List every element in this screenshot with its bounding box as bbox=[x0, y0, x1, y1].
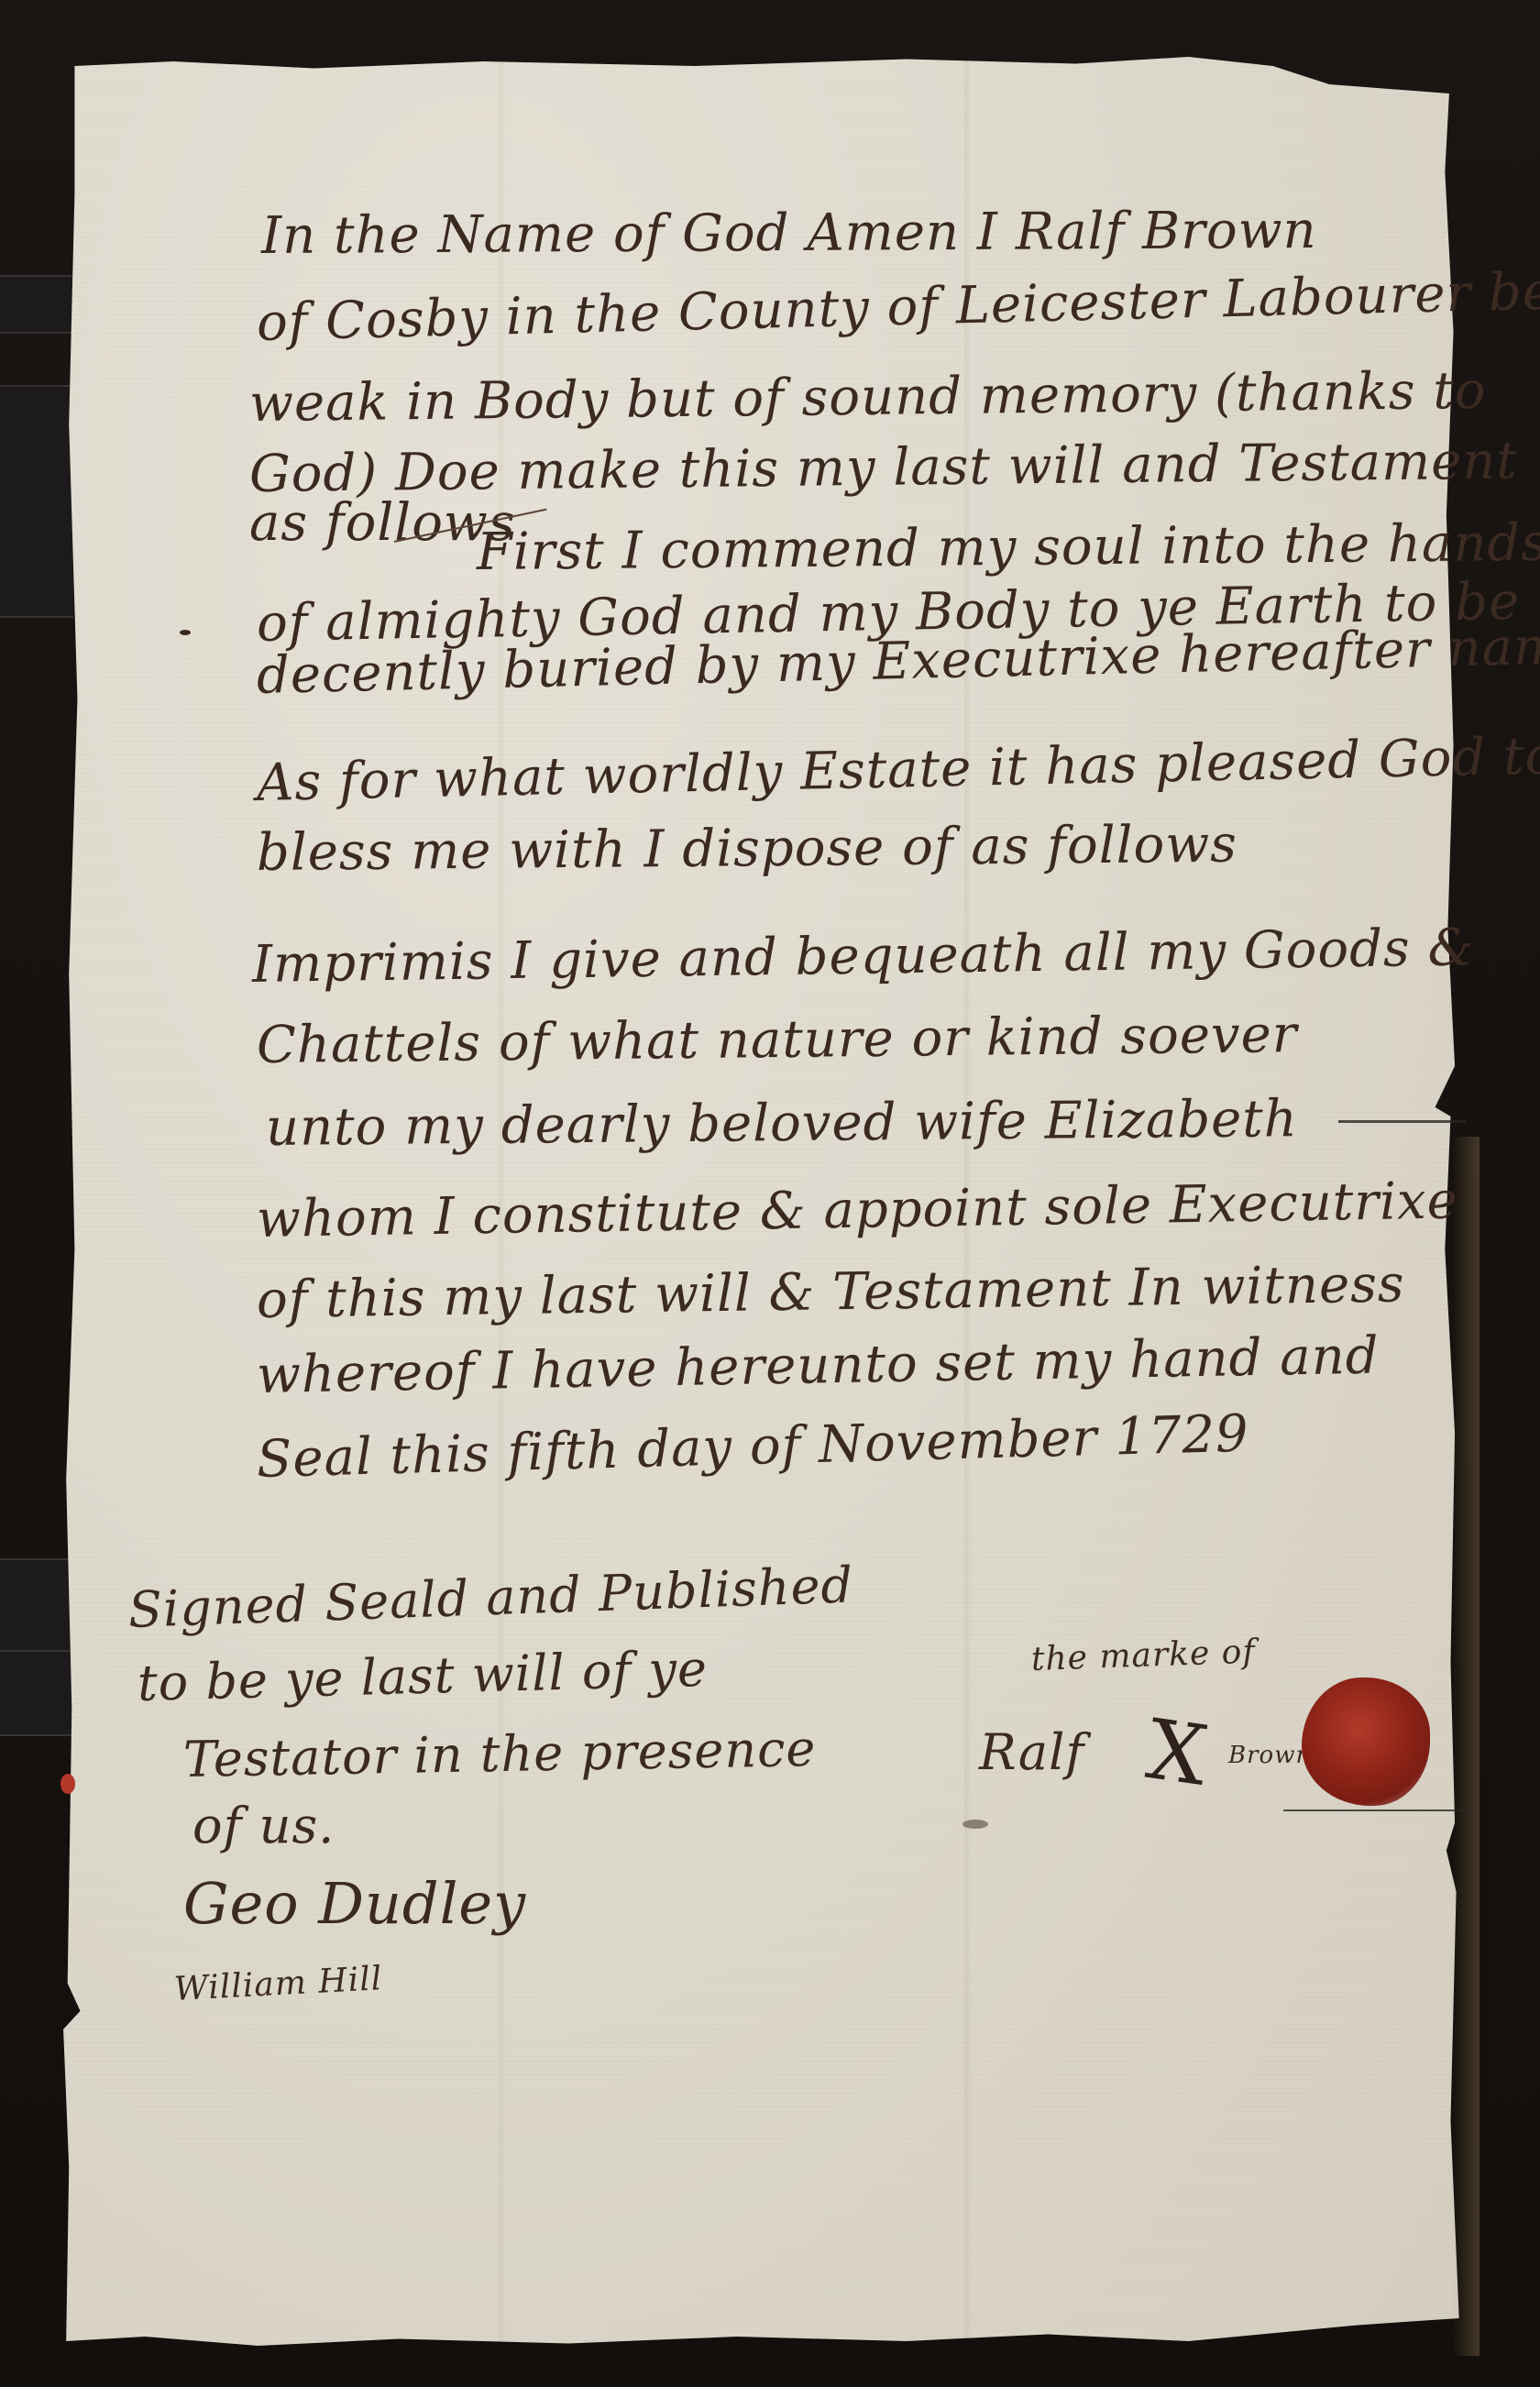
binding-tape bbox=[0, 1558, 73, 1663]
will-line: In the Name of God Amen I Ralf Brown bbox=[261, 201, 1317, 266]
testator-first-name: Ralf bbox=[979, 1723, 1084, 1781]
binding-tape bbox=[0, 385, 73, 618]
edge-stain bbox=[1452, 1137, 1479, 2356]
ink-smudge bbox=[962, 1820, 988, 1829]
wax-seal bbox=[1302, 1677, 1430, 1806]
will-line: Chattels of what nature or kind soever bbox=[257, 1005, 1298, 1075]
witness-signature: Geo Dudley bbox=[183, 1870, 526, 1937]
mark-label: the marke of bbox=[1030, 1633, 1256, 1678]
testator-surname: Brown bbox=[1228, 1742, 1312, 1769]
will-line: unto my dearly beloved wife Elizabeth bbox=[266, 1089, 1298, 1158]
paper-tear bbox=[1283, 1809, 1467, 1811]
ink-blot bbox=[180, 630, 191, 635]
red-wax-fragment bbox=[60, 1774, 75, 1794]
binding-tape bbox=[0, 275, 73, 334]
binding-tape bbox=[0, 1650, 73, 1736]
attestation-line: Testator in the presence bbox=[182, 1720, 816, 1788]
document-scan: In the Name of God Amen I Ralf Brown of … bbox=[0, 0, 1540, 2387]
attestation-line: of us. bbox=[192, 1797, 335, 1854]
will-line: bless me with I dispose of as follows bbox=[257, 815, 1237, 883]
paper-tear bbox=[1338, 1120, 1467, 1123]
will-line: First I commend my soul into the hands bbox=[477, 513, 1540, 582]
